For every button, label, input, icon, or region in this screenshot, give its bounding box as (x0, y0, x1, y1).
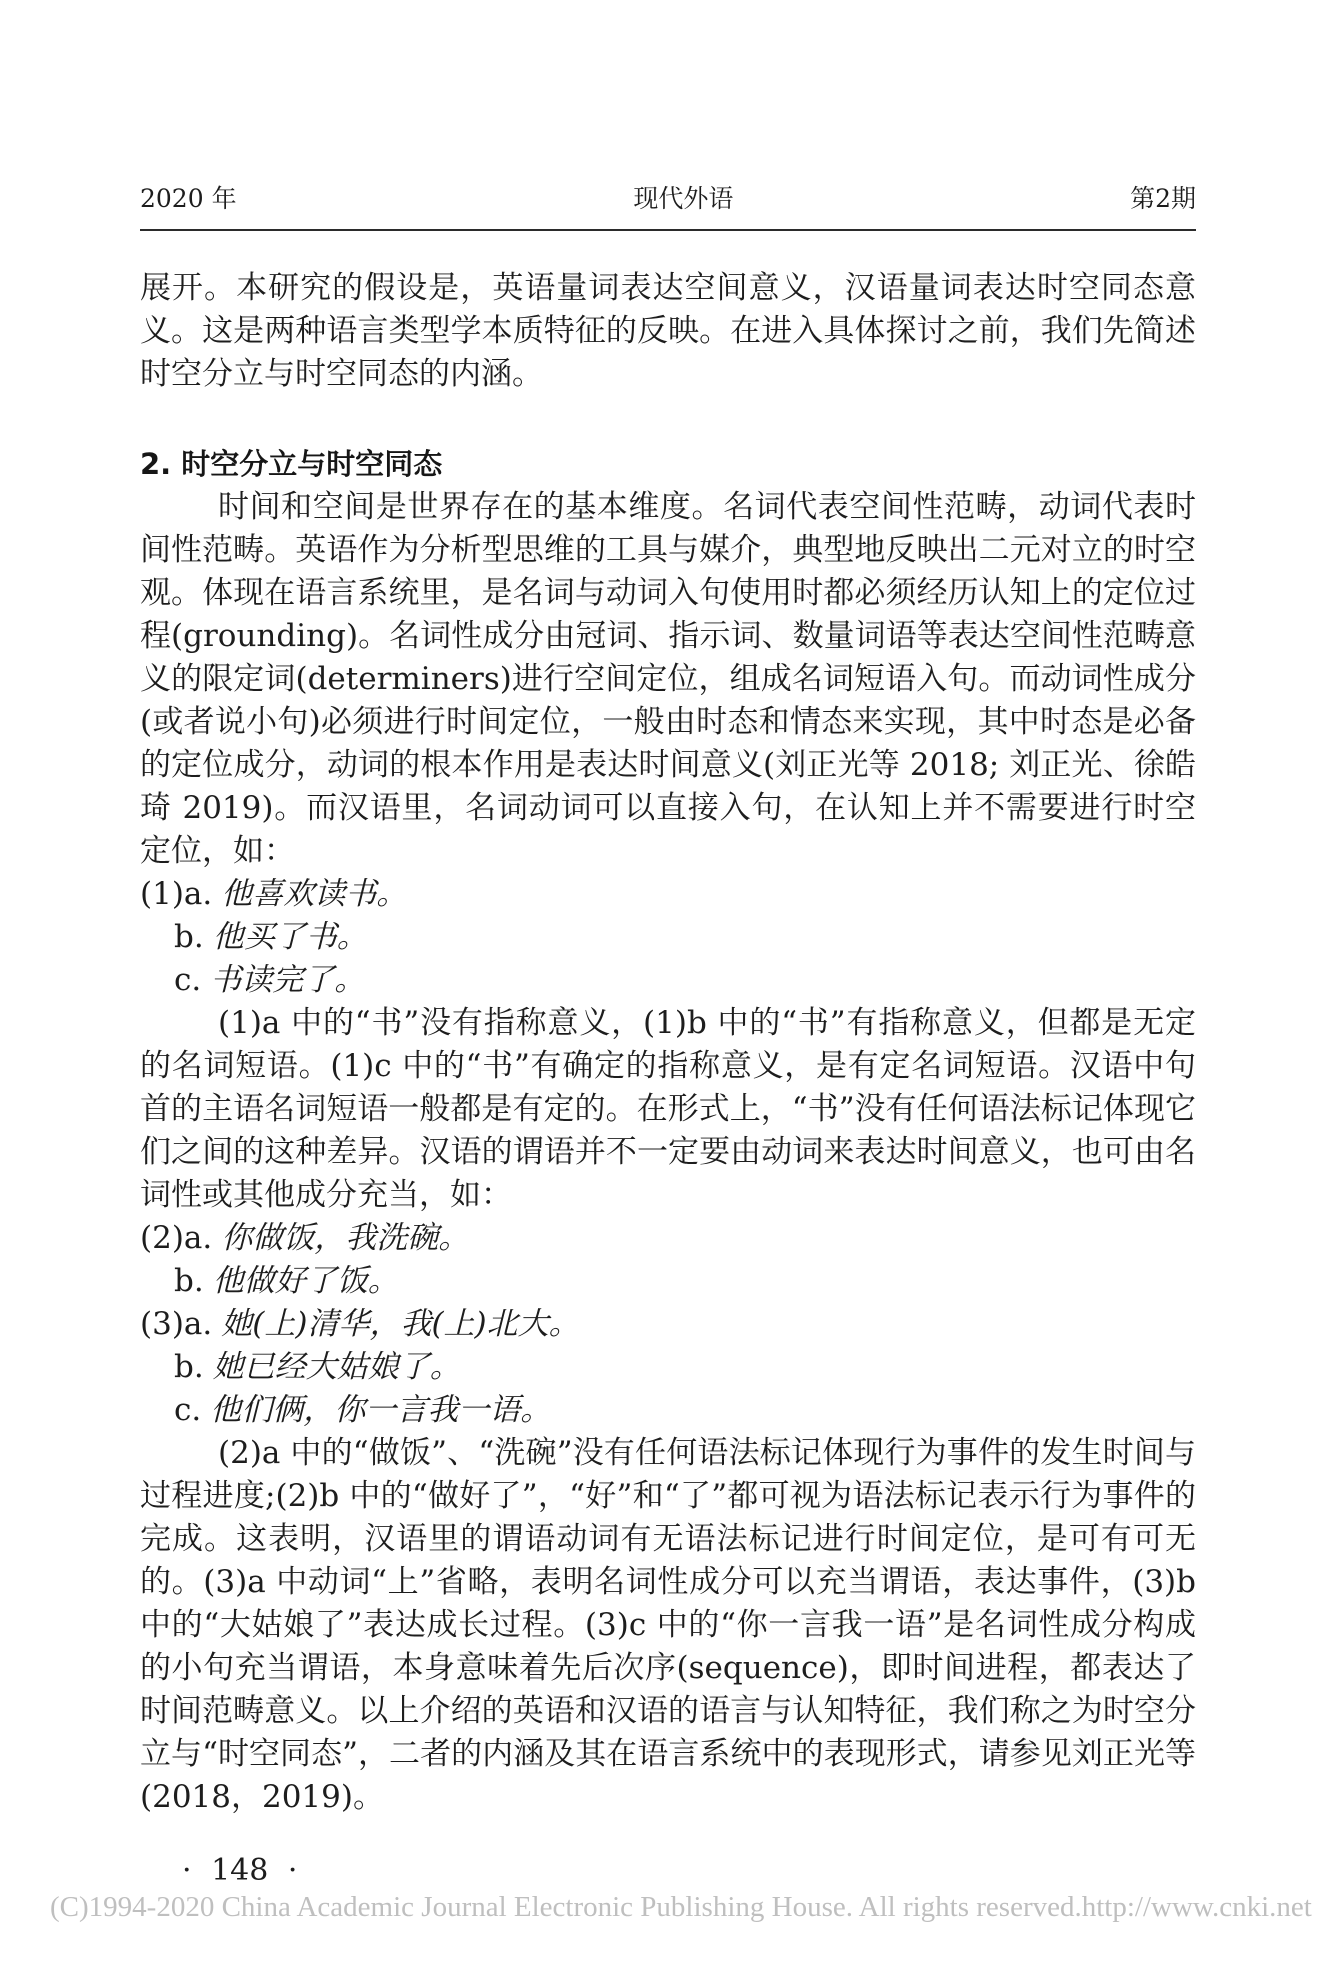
example-3: (3) a. 她(上)清华，我(上)北大。 b. 她已经大姑娘了。 c. 他们俩… (140, 1303, 1196, 1432)
example-sentence: 他买了书。 (213, 916, 368, 959)
example-number: (1) (140, 873, 184, 916)
example-sentence: 她已经大姑娘了。 (213, 1346, 461, 1389)
copyright-notice: (C)1994-2020 China Academic Journal Elec… (50, 1891, 1082, 1924)
journal-page: 2020 年 现代外语 第2期 展开。本研究的假设是，英语量词表达空间意义，汉语… (0, 0, 1330, 1972)
example-1: (1) a. 他喜欢读书。 b. 他买了书。 c. 书读完了。 (140, 873, 1196, 1002)
example-sentence: 他们俩，你一言我一语。 (210, 1389, 551, 1432)
example-item-label: a. (184, 873, 212, 916)
example-number: (3) (140, 1303, 184, 1346)
article-body: 展开。本研究的假设是，英语量词表达空间意义，汉语量词表达时空同态意义。这是两种语… (0, 231, 1330, 1892)
example-line: (1) a. 他喜欢读书。 (140, 873, 1196, 916)
cnki-url: http://www.cnki.net (1082, 1891, 1312, 1924)
paragraph-discussion-2: (2)a 中的“做饭”、“洗碗”没有任何语法标记体现行为事件的发生时间与过程进度… (140, 1432, 1196, 1819)
paragraph-spacetime: 时间和空间是世界存在的基本维度。名词代表空间性范畴，动词代表时间性范畴。英语作为… (140, 486, 1196, 873)
example-line: b. 她已经大姑娘了。 (140, 1346, 1196, 1389)
example-item-label: b. (174, 916, 204, 959)
example-sentence: 书读完了。 (210, 959, 365, 1002)
example-item-label: a. (184, 1303, 212, 1346)
example-sentence: 你做饭，我洗碗。 (221, 1217, 469, 1260)
page-footer: (C)1994-2020 China Academic Journal Elec… (50, 1891, 1285, 1924)
paragraph-continuation: 展开。本研究的假设是，英语量词表达空间意义，汉语量词表达时空同态意义。这是两种语… (140, 267, 1196, 396)
example-item-label: c. (174, 959, 201, 1002)
journal-title: 现代外语 (633, 184, 733, 214)
example-line: c. 书读完了。 (140, 959, 1196, 1002)
example-sentence: 他喜欢读书。 (221, 873, 407, 916)
example-2: (2) a. 你做饭，我洗碗。 b. 他做好了饭。 (140, 1217, 1196, 1303)
example-item-label: a. (184, 1217, 212, 1260)
running-head: 2020 年 现代外语 第2期 (0, 0, 1330, 214)
example-sentence: 他做好了饭。 (213, 1260, 399, 1303)
paragraph-discussion-1: (1)a 中的“书”没有指称意义，(1)b 中的“书”有指称意义，但都是无定的名… (140, 1002, 1196, 1217)
example-item-label: b. (174, 1260, 204, 1303)
header-year: 2020 年 (140, 184, 237, 214)
example-item-label: c. (174, 1389, 201, 1432)
example-sentence: 她(上)清华，我(上)北大。 (221, 1303, 579, 1346)
issue-number: 第2期 (1130, 184, 1196, 214)
example-item-label: b. (174, 1346, 204, 1389)
example-line: (3) a. 她(上)清华，我(上)北大。 (140, 1303, 1196, 1346)
example-line: b. 他做好了饭。 (140, 1260, 1196, 1303)
example-line: b. 他买了书。 (140, 916, 1196, 959)
example-line: c. 他们俩，你一言我一语。 (140, 1389, 1196, 1432)
example-line: (2) a. 你做饭，我洗碗。 (140, 1217, 1196, 1260)
example-number: (2) (140, 1217, 184, 1260)
section-heading: 2. 时空分立与时空同态 (140, 442, 1196, 486)
page-number: · 148 · (182, 1849, 1196, 1892)
